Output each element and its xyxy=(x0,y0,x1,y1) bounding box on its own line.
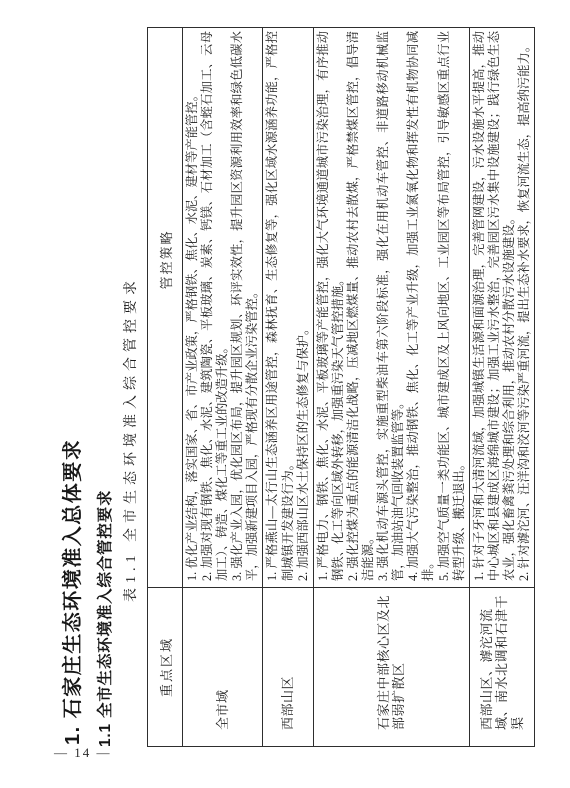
strategy-item: 1. 严格燕山—太行山生态涵养区用途管控，森林抚育、生态修复等，强化区域水源涵养… xyxy=(265,31,295,581)
document-page: 1. 石家庄生态环境准入总体要求 1.1 全市生态环境准入综合管控要求 表1.1… xyxy=(0,0,570,788)
table-row: 西部山区1. 严格燕山—太行山生态涵养区用途管控，森林抚育、生态修复等，强化区域… xyxy=(263,28,313,747)
strategy-item: 2. 强化控煤为重点的能源清洁化战略，压减地区燃煤量、推动农村去散煤，严格禁煤区… xyxy=(346,31,376,581)
subsection-title: 1.1 全市生态环境准入综合管控要求 xyxy=(93,490,115,747)
region-cell: 全市域 xyxy=(183,588,263,747)
strategy-item: 3. 强化机动车源头管控，实施重型柴油车第六阶段标准，强化在用机动车管控、非道路… xyxy=(376,31,406,581)
strategy-cell: 1. 严格燕山—太行山生态涵养区用途管控，森林抚育、生态修复等，强化区域水源涵养… xyxy=(263,28,313,588)
strategy-cell: 1. 严格电力、钢铁、焦化、水泥、平板玻璃等产能管控，强化大气环境通道城市污染治… xyxy=(313,28,469,588)
strategy-cell: 1. 针对子牙河和大清河流域，加强城镇生活源和面源治理，完善管网建设，污水设施水… xyxy=(469,28,534,588)
strategy-column-header: 管控策略 xyxy=(148,28,183,588)
strategy-item: 5. 加强空气质量一类功能区、城市建成区及上风向地区、工业园区等布局管控，引导敏… xyxy=(437,31,467,581)
region-cell: 石家庄中部核心区及北部弱扩散区 xyxy=(313,588,469,747)
strategy-item: 4. 加强大气污染整治，推动钢铁、焦化、化工等产业升级，加强工业氮氧化物和挥发性… xyxy=(406,31,436,581)
strategy-column-header-label: 管控策略 xyxy=(156,230,175,290)
section-title: 1. 石家庄生态环境准入总体要求 xyxy=(56,439,85,745)
region-cell: 西部山区 xyxy=(263,588,313,747)
table-row: 全市域1. 优化产业结构，落实国家、省、市产业政策，严格钢铁、焦化、水泥、建材等… xyxy=(183,28,263,747)
strategy-item: 2. 针对滹沱河、汪洋沟和洨河等污染严重河流，提出生态补水要求，恢复河流生态，提… xyxy=(517,31,532,581)
strategy-item: 1. 优化产业结构，落实国家、省、市产业政策，严格钢铁、焦化、水泥、建材等产能管… xyxy=(185,31,200,581)
strategy-item: 3. 强化产业入园，优化园区布局，提升园区规划、环评实效性，提升园区资源利用效率… xyxy=(230,31,260,581)
control-requirements-table: 重点区域 管控策略 全市域1. 优化产业结构，落实国家、省、市产业政策，严格钢铁… xyxy=(147,27,535,747)
rotated-landscape-content: 1. 石家庄生态环境准入总体要求 1.1 全市生态环境准入综合管控要求 表1.1… xyxy=(55,28,512,755)
table-header-row: 重点区域 管控策略 xyxy=(148,28,183,747)
page-number: — 14 — xyxy=(54,745,112,761)
strategy-cell: 1. 优化产业结构，落实国家、省、市产业政策，严格钢铁、焦化、水泥、建材等产能管… xyxy=(183,28,263,588)
table-row: 西部山区、滹沱河流域、南水北调和石津干渠1. 针对子牙河和大清河流域，加强城镇生… xyxy=(469,28,534,747)
strategy-item: 2. 加强西部山区水土保持区的生态修复与保护。 xyxy=(296,31,311,581)
region-column-header: 重点区域 xyxy=(148,588,183,747)
strategy-item: 1. 严格电力、钢铁、焦化、水泥、平板玻璃等产能管控，强化大气环境通道城市污染治… xyxy=(316,31,346,581)
strategy-item: 1. 针对子牙河和大清河流域，加强城镇生活源和面源治理，完善管网建设，污水设施水… xyxy=(472,31,517,581)
table-row: 石家庄中部核心区及北部弱扩散区1. 严格电力、钢铁、焦化、水泥、平板玻璃等产能管… xyxy=(313,28,469,747)
region-cell: 西部山区、滹沱河流域、南水北调和石津干渠 xyxy=(469,588,534,747)
strategy-item: 2. 加强对现有钢铁、焦化、水泥、建筑陶瓷、平板玻璃、炭素、钙镁、石材加工（含蛭… xyxy=(200,31,230,581)
table-body: 全市域1. 优化产业结构，落实国家、省、市产业政策，严格钢铁、焦化、水泥、建材等… xyxy=(183,28,535,747)
table-caption: 表1.1 全市生态环境准入综合管控要求 xyxy=(120,276,140,602)
